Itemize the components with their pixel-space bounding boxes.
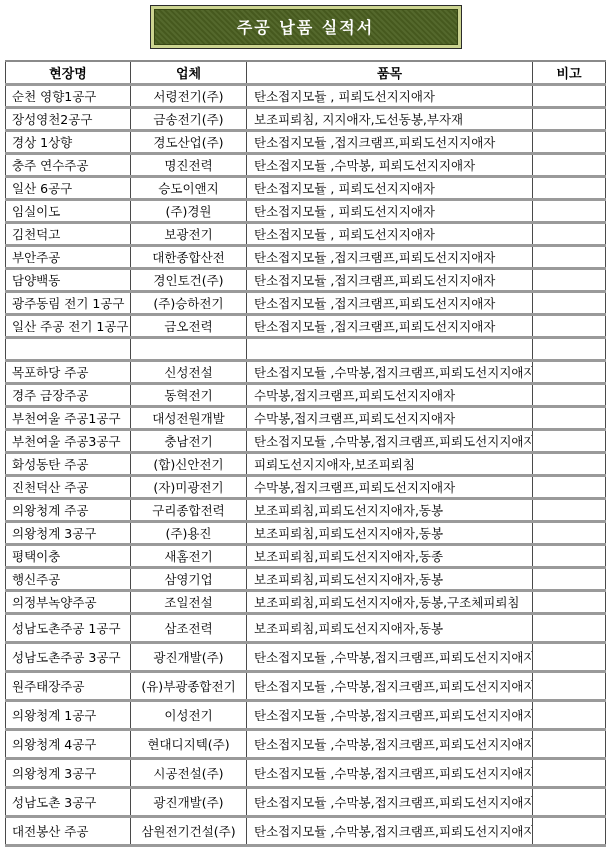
note-cell [533, 614, 606, 643]
company-cell: 삼조전력 [131, 614, 247, 643]
site-cell: 부안주공 [6, 246, 131, 269]
note-cell [533, 154, 606, 177]
site-cell: 광주동림 전기 1공구 [6, 292, 131, 315]
site-cell: 김천덕고 [6, 223, 131, 246]
items-cell: 탄소접지모듈 ,수막봉,접지크램프,피뢰도선지지애자 [247, 730, 533, 759]
note-cell [533, 223, 606, 246]
table-row [6, 338, 606, 361]
items-cell: 탄소접지모듈 ,수막봉,접지크램프,피뢰도선지지애자 [247, 817, 533, 846]
company-cell [131, 338, 247, 361]
note-cell [533, 643, 606, 672]
items-cell: 탄소접지모듈 ,수막봉,접지크램프,피뢰도선지지애자 [247, 788, 533, 817]
items-cell: 탄소접지모듈 , 피뢰도선지지애자 [247, 85, 533, 108]
note-cell [533, 131, 606, 154]
company-cell: (합)신안전기 [131, 453, 247, 476]
table-row: 의왕청계 1공구이성전기탄소접지모듈 ,수막봉,접지크램프,피뢰도선지지애자 [6, 701, 606, 730]
table-row: 부천여울 주공1공구대성전원개발수막봉,접지크램프,피뢰도선지지애자 [6, 407, 606, 430]
items-cell: 탄소접지모듈 ,접지크램프,피뢰도선지지애자 [247, 269, 533, 292]
site-cell: 경상 1상향 [6, 131, 131, 154]
table-row: 의왕청계 4공구현대디지텍(주)탄소접지모듈 ,수막봉,접지크램프,피뢰도선지지… [6, 730, 606, 759]
table-row: 대전봉산 주공삼원전기건설(주)탄소접지모듈 ,수막봉,접지크램프,피뢰도선지지… [6, 817, 606, 846]
note-cell [533, 384, 606, 407]
items-cell: 탄소접지모듈 ,수막봉,접지크램프,피뢰도선지지애자 [247, 759, 533, 788]
table-row: 임실이도(주)경원탄소접지모듈 , 피뢰도선지지애자 [6, 200, 606, 223]
company-cell: 구리종합전력 [131, 499, 247, 522]
company-cell: (주)용진 [131, 522, 247, 545]
note-cell [533, 730, 606, 759]
site-cell: 임실이도 [6, 200, 131, 223]
company-cell: 삼원전기건설(주) [131, 817, 247, 846]
items-cell: 탄소접지모듈 ,접지크램프,피뢰도선지지애자 [247, 292, 533, 315]
site-cell: 대전봉산 주공 [6, 817, 131, 846]
company-cell: 동혁전기 [131, 384, 247, 407]
company-cell: 조일전설 [131, 591, 247, 614]
table-row: 장성영천2공구금송전기(주)보조피뢰침, 지지애자,도선동봉,부자재 [6, 108, 606, 131]
items-cell: 탄소접지모듈 ,접지크램프,피뢰도선지지애자 [247, 131, 533, 154]
company-cell: 금오전력 [131, 315, 247, 338]
report-title: 주공 납품 실적서 [154, 9, 458, 45]
company-cell: 승도이앤지 [131, 177, 247, 200]
site-cell: 일산 주공 전기 1공구 [6, 315, 131, 338]
table-row: 원주태장주공(유)부광종합전기탄소접지모듈 ,수막봉,접지크램프,피뢰도선지지애… [6, 672, 606, 701]
items-cell: 탄소접지모듈 ,수막봉,접지크램프,피뢰도선지지애자 [247, 672, 533, 701]
header-row: 현장명 업체 품목 비고 [6, 61, 606, 85]
table-header: 현장명 업체 품목 비고 [6, 61, 606, 85]
items-cell: 탄소접지모듈 ,수막봉,접지크램프,피뢰도선지지애자 [247, 643, 533, 672]
items-cell: 보조피뢰침,피뢰도선지지애자,동봉 [247, 522, 533, 545]
table-row: 경주 금장주공동혁전기수막봉,접지크램프,피뢰도선지지애자 [6, 384, 606, 407]
site-cell: 의왕청계 주공 [6, 499, 131, 522]
title-banner: 주공 납품 실적서 [150, 5, 462, 49]
column-header-items: 품목 [247, 61, 533, 85]
company-cell: 금송전기(주) [131, 108, 247, 131]
company-cell: 서령전기(주) [131, 85, 247, 108]
items-cell: 탄소접지모듈 , 피뢰도선지지애자 [247, 223, 533, 246]
table-row: 행신주공삼영기업보조피뢰침,피뢰도선지지애자,동봉 [6, 568, 606, 591]
note-cell [533, 177, 606, 200]
items-cell: 탄소접지모듈 ,수막봉,접지크램프,피뢰도선지지애자 [247, 430, 533, 453]
table-body: 순천 영향1공구서령전기(주)탄소접지모듈 , 피뢰도선지지애자장성영천2공구금… [6, 85, 606, 846]
site-cell: 목포하당 주공 [6, 361, 131, 384]
table-row: 일산 주공 전기 1공구금오전력탄소접지모듈 ,접지크램프,피뢰도선지지애자 [6, 315, 606, 338]
items-cell: 보조피뢰침,피뢰도선지지애자,동봉,구조체피뢰침 [247, 591, 533, 614]
items-cell: 탄소접지모듈 , 피뢰도선지지애자 [247, 177, 533, 200]
note-cell [533, 338, 606, 361]
site-cell: 담양백동 [6, 269, 131, 292]
note-cell [533, 292, 606, 315]
company-cell: (주)승하전기 [131, 292, 247, 315]
site-cell: 진천덕산 주공 [6, 476, 131, 499]
note-cell [533, 108, 606, 131]
company-cell: 광진개발(주) [131, 643, 247, 672]
company-cell: 현대디지텍(주) [131, 730, 247, 759]
company-cell: 경도산업(주) [131, 131, 247, 154]
table-row: 의왕청계 3공구(주)용진보조피뢰침,피뢰도선지지애자,동봉 [6, 522, 606, 545]
site-cell: 원주태장주공 [6, 672, 131, 701]
note-cell [533, 788, 606, 817]
company-cell: (주)경원 [131, 200, 247, 223]
table-row: 의왕청계 3공구시공전설(주)탄소접지모듈 ,수막봉,접지크램프,피뢰도선지지애… [6, 759, 606, 788]
site-cell: 부천여울 주공3공구 [6, 430, 131, 453]
note-cell [533, 476, 606, 499]
table-row: 충주 연수주공명진전력탄소접지모듈 ,수막봉, 피뢰도선지지애자 [6, 154, 606, 177]
table-row: 담양백동경인토건(주)탄소접지모듈 ,접지크램프,피뢰도선지지애자 [6, 269, 606, 292]
company-cell: 대한종합산전 [131, 246, 247, 269]
title-banner-frame: 주공 납품 실적서 [150, 5, 462, 49]
table-row: 광주동림 전기 1공구(주)승하전기탄소접지모듈 ,접지크램프,피뢰도선지지애자 [6, 292, 606, 315]
items-cell: 수막봉,접지크램프,피뢰도선지지애자 [247, 407, 533, 430]
site-cell: 성남도촌주공 1공구 [6, 614, 131, 643]
site-cell: 성남도촌 3공구 [6, 788, 131, 817]
table-row: 부천여울 주공3공구충남전기탄소접지모듈 ,수막봉,접지크램프,피뢰도선지지애자 [6, 430, 606, 453]
table-row: 의정부녹양주공조일전설보조피뢰침,피뢰도선지지애자,동봉,구조체피뢰침 [6, 591, 606, 614]
company-cell: (자)미광전기 [131, 476, 247, 499]
note-cell [533, 407, 606, 430]
table-row: 성남도촌 3공구광진개발(주)탄소접지모듈 ,수막봉,접지크램프,피뢰도선지지애… [6, 788, 606, 817]
site-cell: 의왕청계 1공구 [6, 701, 131, 730]
items-cell: 보조피뢰침,피뢰도선지지애자,동종 [247, 545, 533, 568]
items-cell: 보조피뢰침,피뢰도선지지애자,동봉 [247, 568, 533, 591]
note-cell [533, 246, 606, 269]
company-cell: (유)부광종합전기 [131, 672, 247, 701]
items-cell: 탄소접지모듈 ,수막봉,접지크램프,피뢰도선지지애자 [247, 701, 533, 730]
site-cell: 의정부녹양주공 [6, 591, 131, 614]
items-cell: 탄소접지모듈 ,수막봉, 피뢰도선지지애자 [247, 154, 533, 177]
note-cell [533, 361, 606, 384]
site-cell: 충주 연수주공 [6, 154, 131, 177]
table-row: 김천덕고보광전기탄소접지모듈 , 피뢰도선지지애자 [6, 223, 606, 246]
note-cell [533, 430, 606, 453]
items-cell: 보조피뢰침, 지지애자,도선동봉,부자재 [247, 108, 533, 131]
items-cell: 탄소접지모듈 ,접지크램프,피뢰도선지지애자 [247, 315, 533, 338]
company-cell: 새홈전기 [131, 545, 247, 568]
note-cell [533, 453, 606, 476]
items-cell: 탄소접지모듈 ,접지크램프,피뢰도선지지애자 [247, 246, 533, 269]
table-row: 성남도촌주공 3공구광진개발(주)탄소접지모듈 ,수막봉,접지크램프,피뢰도선지… [6, 643, 606, 672]
company-cell: 명진전력 [131, 154, 247, 177]
site-cell: 평택이충 [6, 545, 131, 568]
column-header-note: 비고 [533, 61, 606, 85]
site-cell: 화성동탄 주공 [6, 453, 131, 476]
items-cell: 탄소접지모듈 ,수막봉,접지크램프,피뢰도선지지애자 [247, 361, 533, 384]
site-cell: 경주 금장주공 [6, 384, 131, 407]
note-cell [533, 545, 606, 568]
note-cell [533, 315, 606, 338]
site-cell: 장성영천2공구 [6, 108, 131, 131]
items-cell: 수막봉,접지크램프,피뢰도선지지애자 [247, 476, 533, 499]
company-cell: 이성전기 [131, 701, 247, 730]
company-cell: 신성전설 [131, 361, 247, 384]
company-cell: 대성전원개발 [131, 407, 247, 430]
table-row: 일산 6공구승도이앤지탄소접지모듈 , 피뢰도선지지애자 [6, 177, 606, 200]
note-cell [533, 499, 606, 522]
site-cell: 일산 6공구 [6, 177, 131, 200]
note-cell [533, 759, 606, 788]
company-cell: 보광전기 [131, 223, 247, 246]
note-cell [533, 568, 606, 591]
site-cell: 부천여울 주공1공구 [6, 407, 131, 430]
note-cell [533, 522, 606, 545]
company-cell: 시공전설(주) [131, 759, 247, 788]
table-row: 평택이충새홈전기보조피뢰침,피뢰도선지지애자,동종 [6, 545, 606, 568]
site-cell: 의왕청계 3공구 [6, 759, 131, 788]
table-row: 화성동탄 주공(합)신안전기피뢰도선지지애자,보조피뢰침 [6, 453, 606, 476]
items-cell: 보조피뢰침,피뢰도선지지애자,동봉 [247, 499, 533, 522]
site-cell: 순천 영향1공구 [6, 85, 131, 108]
note-cell [533, 701, 606, 730]
company-cell: 충남전기 [131, 430, 247, 453]
delivery-report-table: 현장명 업체 품목 비고 순천 영향1공구서령전기(주)탄소접지모듈 , 피뢰도… [5, 60, 606, 847]
note-cell [533, 817, 606, 846]
table-row: 의왕청계 주공구리종합전력보조피뢰침,피뢰도선지지애자,동봉 [6, 499, 606, 522]
site-cell: 의왕청계 3공구 [6, 522, 131, 545]
table-row: 성남도촌주공 1공구삼조전력보조피뢰침,피뢰도선지지애자,동봉 [6, 614, 606, 643]
note-cell [533, 200, 606, 223]
company-cell: 삼영기업 [131, 568, 247, 591]
items-cell: 보조피뢰침,피뢰도선지지애자,동봉 [247, 614, 533, 643]
note-cell [533, 672, 606, 701]
items-cell [247, 338, 533, 361]
note-cell [533, 269, 606, 292]
table-row: 부안주공대한종합산전탄소접지모듈 ,접지크램프,피뢰도선지지애자 [6, 246, 606, 269]
items-cell: 수막봉,접지크램프,피뢰도선지지애자 [247, 384, 533, 407]
items-cell: 탄소접지모듈 , 피뢰도선지지애자 [247, 200, 533, 223]
items-cell: 피뢰도선지지애자,보조피뢰침 [247, 453, 533, 476]
site-cell: 성남도촌주공 3공구 [6, 643, 131, 672]
table-row: 순천 영향1공구서령전기(주)탄소접지모듈 , 피뢰도선지지애자 [6, 85, 606, 108]
site-cell: 의왕청계 4공구 [6, 730, 131, 759]
site-cell: 행신주공 [6, 568, 131, 591]
table-row: 진천덕산 주공(자)미광전기수막봉,접지크램프,피뢰도선지지애자 [6, 476, 606, 499]
column-header-site: 현장명 [6, 61, 131, 85]
note-cell [533, 85, 606, 108]
company-cell: 경인토건(주) [131, 269, 247, 292]
column-header-company: 업체 [131, 61, 247, 85]
table-row: 경상 1상향경도산업(주)탄소접지모듈 ,접지크램프,피뢰도선지지애자 [6, 131, 606, 154]
site-cell [6, 338, 131, 361]
table-row: 목포하당 주공신성전설탄소접지모듈 ,수막봉,접지크램프,피뢰도선지지애자 [6, 361, 606, 384]
note-cell [533, 591, 606, 614]
company-cell: 광진개발(주) [131, 788, 247, 817]
